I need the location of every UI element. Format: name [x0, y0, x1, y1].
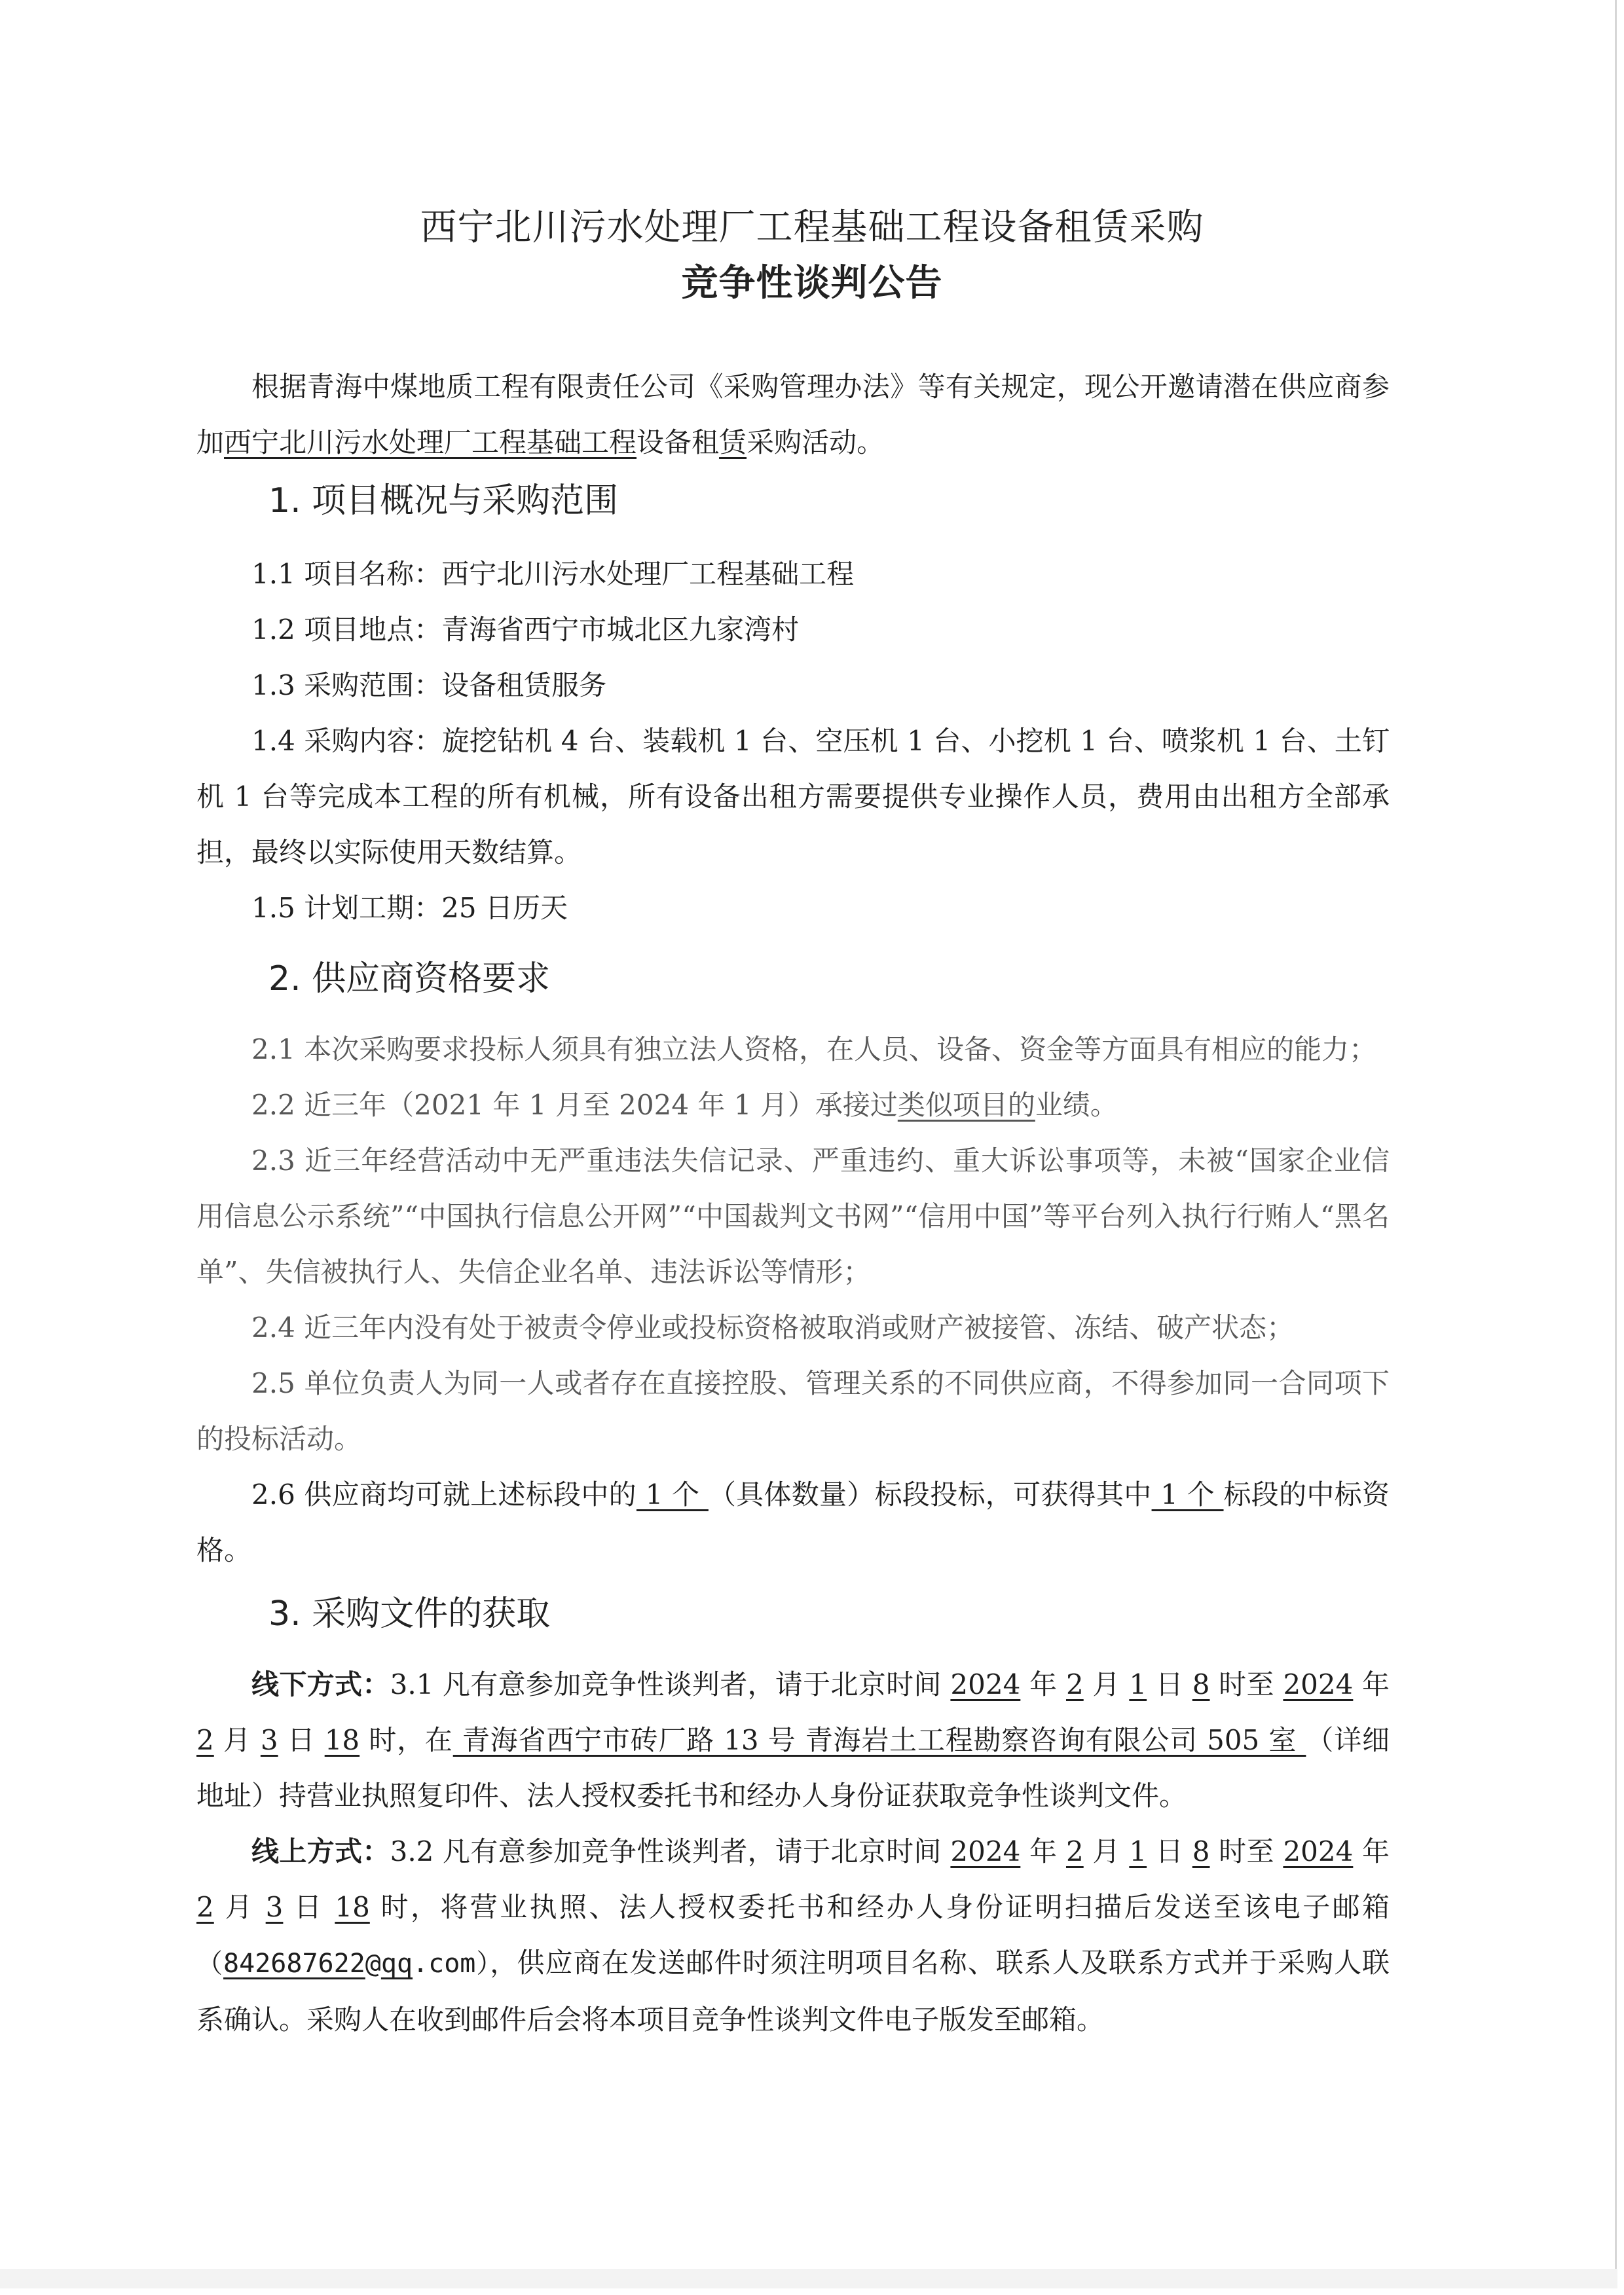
bid-count-1: 1 个: [637, 1478, 709, 1511]
document-title-line2: 竞争性谈判公告: [0, 265, 1624, 302]
intro-paragraph: 根据青海中煤地质工程有限责任公司《采购管理办法》等有关规定，现公开邀请潜在供应商…: [196, 359, 1390, 470]
item-2-2: 2.2 近三年（2021 年 1 月至 2024 年 1 月）承接过类似项目的业…: [196, 1077, 1390, 1133]
intro-lin: 赁: [719, 426, 747, 458]
online-label: 线上方式：: [251, 1835, 390, 1867]
online-method: 线上方式：3.2 凡有意参加竞争性谈判者，请于北京时间 2024 年 2 月 1…: [196, 1824, 1390, 2047]
similar-projects-underlined: 类似项目的: [898, 1089, 1035, 1121]
item-2-5: 2.5 单位负责人为同一人或者存在直接控股、管理关系的不同供应商，不得参加同一合…: [196, 1355, 1390, 1467]
section2-heading: 2. 供应商资格要求: [268, 959, 550, 999]
intro-suffix: 采购活动。: [747, 426, 884, 458]
item-1-1: 1.1 项目名称：西宁北川污水处理厂工程基础工程: [196, 546, 1390, 602]
email-user: 842687622: [223, 1949, 365, 1979]
intro-project-name: 西宁北川污水处理厂工程基础工程: [224, 426, 637, 458]
item-2-1: 2.1 本次采购要求投标人须具有独立法人资格，在人员、设备、资金等方面具有相应的…: [196, 1021, 1390, 1077]
offline-address: 青海省西宁市砖厂路 13 号 青海岩土工程勘察咨询有限公司 505 室: [453, 1724, 1306, 1756]
item-2-6: 2.6 供应商均可就上述标段中的 1 个 （具体数量）标段投标，可获得其中 1 …: [196, 1467, 1390, 1578]
item-1-3: 1.3 采购范围：设备租赁服务: [196, 657, 1390, 713]
item-1-5: 1.5 计划工期：25 日历天: [196, 880, 1390, 936]
scan-edge-line: [1615, 0, 1617, 2272]
email-domain: qq: [381, 1949, 413, 1979]
section2-body: 2.1 本次采购要求投标人须具有独立法人资格，在人员、设备、资金等方面具有相应的…: [196, 1021, 1390, 1578]
offline-label: 线下方式：: [251, 1668, 390, 1700]
scan-bottom-band: [0, 2269, 1617, 2288]
item-1-2: 1.2 项目地点：青海省西宁市城北区九家湾村: [196, 602, 1390, 657]
intro-mid: 设备租: [637, 426, 719, 458]
offline-method: 线下方式：3.1 凡有意参加竞争性谈判者，请于北京时间 2024 年 2 月 1…: [196, 1657, 1390, 1824]
document-title-line1: 西宁北川污水处理厂工程基础工程设备租赁采购: [0, 210, 1624, 246]
item-2-3: 2.3 近三年经营活动中无严重违法失信记录、严重违约、重大诉讼事项等，未被“国家…: [196, 1133, 1390, 1300]
section3-body: 线下方式：3.1 凡有意参加竞争性谈判者，请于北京时间 2024 年 2 月 1…: [196, 1657, 1390, 2047]
section1-body: 1.1 项目名称：西宁北川污水处理厂工程基础工程 1.2 项目地点：青海省西宁市…: [196, 546, 1390, 936]
document-page: 西宁北川污水处理厂工程基础工程设备租赁采购 竞争性谈判公告 根据青海中煤地质工程…: [0, 0, 1624, 2295]
section3-heading: 3. 采购文件的获取: [268, 1594, 550, 1634]
item-1-4: 1.4 采购内容：旋挖钻机 4 台、装载机 1 台、空压机 1 台、小挖机 1 …: [196, 713, 1390, 880]
section1-heading: 1. 项目概况与采购范围: [268, 481, 618, 521]
bid-count-2: 1 个: [1152, 1478, 1224, 1511]
item-2-4: 2.4 近三年内没有处于被责令停业或投标资格被取消或财产被接管、冻结、破产状态；: [196, 1300, 1390, 1355]
